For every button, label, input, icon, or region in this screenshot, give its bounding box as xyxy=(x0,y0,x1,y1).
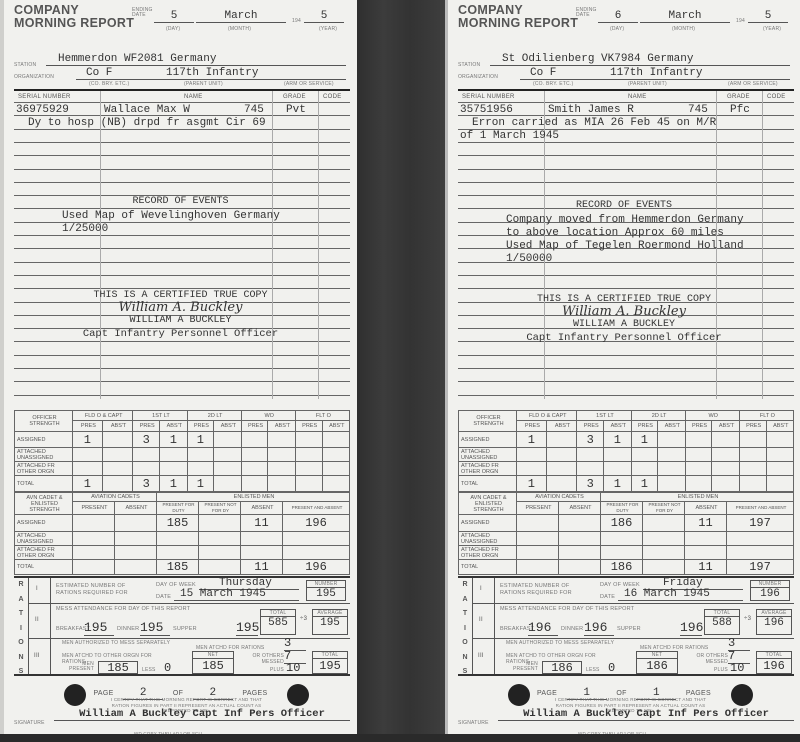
net-value: 185 xyxy=(193,659,233,673)
rule-line xyxy=(458,368,794,369)
rule-line xyxy=(458,169,794,170)
rations-letter: A xyxy=(460,593,470,608)
officer-cell xyxy=(631,462,658,476)
officer-cell xyxy=(73,462,103,476)
enlisted-cell xyxy=(283,546,350,560)
entry-grade: Pfc xyxy=(730,104,750,116)
rule-line xyxy=(458,288,794,289)
rule-line xyxy=(14,142,350,143)
scan-bottom-edge xyxy=(0,734,800,742)
col-present-not-for-duty: PRESENT NOT FOR DY xyxy=(199,502,241,515)
col-avn-present: PRESENT xyxy=(517,502,559,515)
enlisted-cell: 11 xyxy=(685,560,727,575)
col-1st-lt: 1ST LT xyxy=(577,411,631,421)
rule-line xyxy=(14,355,350,356)
rations-part-iii: III xyxy=(34,653,40,659)
row-label: TOTAL xyxy=(15,476,73,492)
less-label: LESS xyxy=(142,667,156,673)
day-caption: (DAY) xyxy=(166,26,180,32)
officer-cell xyxy=(712,462,739,476)
officer-strength-table: OFFICER STRENGTH FLD O & CAPT 1ST LT 2D … xyxy=(458,410,794,492)
officer-cell xyxy=(322,448,349,462)
officer-cell xyxy=(517,448,547,462)
rations-section: RATIONS I II III ESTIMATED NUMBER OF RAT… xyxy=(14,576,350,676)
officer-cell xyxy=(295,432,322,448)
men-present-label: MEN PRESENT xyxy=(64,662,94,672)
grand-total-box: TOTAL 196 xyxy=(756,651,792,674)
officer-cell: 1 xyxy=(160,432,187,448)
col-avn-absent: ABSENT xyxy=(559,502,601,515)
name-header: NAME xyxy=(184,94,203,100)
abst-header: ABS'T xyxy=(766,421,793,432)
ending-month: March xyxy=(196,10,286,23)
grade-header: GRADE xyxy=(283,94,306,100)
entry-name: Wallace Max W xyxy=(104,104,190,116)
less-label: LESS xyxy=(586,667,600,673)
officer-cell xyxy=(577,462,604,476)
supper-label: SUPPER xyxy=(617,626,641,632)
of-label: OF xyxy=(173,690,183,697)
rations-vertical-label: RATIONS xyxy=(460,578,470,680)
mess-attendance-label: MESS ATTENDANCE FOR DAY OF THIS REPORT xyxy=(500,606,634,612)
col-1st-lt: 1ST LT xyxy=(133,411,187,421)
ending-day: 5 xyxy=(154,10,194,23)
mess-total-label: TOTAL xyxy=(705,610,739,617)
officer-cell xyxy=(322,462,349,476)
remark-line: of 1 March 1945 xyxy=(460,130,559,142)
col-present-and-absent: PRESENT AND ABSENT xyxy=(727,502,794,515)
officer-strength-header: OFFICER STRENGTH xyxy=(459,411,517,432)
officer-cell xyxy=(133,448,160,462)
officer-row-attached-unassigned: ATTACHED UNASSIGNED xyxy=(459,448,794,462)
aviation-cadets-header: AVIATION CADETS xyxy=(517,493,601,502)
officer-cell xyxy=(268,448,295,462)
men-present-value: 186 xyxy=(542,661,582,674)
column-divider xyxy=(272,91,273,399)
officer-cell: 1 xyxy=(604,476,631,492)
morning-report-right: COMPANY MORNING REPORT ENDING DATE 6 Mar… xyxy=(445,0,800,734)
plus-value: 10 xyxy=(286,661,300,675)
enlisted-cell xyxy=(115,515,157,532)
ending-day: 6 xyxy=(598,10,638,23)
supper-value: 196 xyxy=(680,620,702,636)
enlisted-cell: 11 xyxy=(685,515,727,532)
rations-letter: I xyxy=(16,622,26,637)
event-line: Used Map of Tegelen Roermond Holland xyxy=(506,240,744,252)
col-avn-absent: ABSENT xyxy=(115,502,157,515)
org-caption-3: (ARM OR SERVICE) xyxy=(728,81,778,87)
enlisted-cell: 185 xyxy=(157,560,199,575)
enlisted-row-assigned: ASSIGNED18611197 xyxy=(459,515,794,532)
col-2d-lt: 2D LT xyxy=(631,411,685,421)
row-label: ATTACHED UNASSIGNED xyxy=(459,532,517,546)
average-value: 196 xyxy=(757,617,791,629)
divide-by-3: ÷3 xyxy=(744,616,751,622)
men-present-label: MEN PRESENT xyxy=(508,662,538,672)
col-present-for-duty: PRESENT FOR DUTY xyxy=(157,502,199,515)
rations-letter: S xyxy=(16,665,26,680)
pres-header: PRES xyxy=(685,421,712,432)
rule-line xyxy=(14,248,350,249)
punch-hole xyxy=(287,684,309,706)
officer-cell xyxy=(322,476,349,492)
enlisted-cell xyxy=(643,560,685,575)
enlisted-cell xyxy=(283,532,350,546)
officer-cell xyxy=(295,476,322,492)
mess-total-value: 588 xyxy=(705,617,739,629)
entry-serial: 36975929 xyxy=(16,104,69,116)
row-label: ATTACHED UNASSIGNED xyxy=(15,532,73,546)
row-label: TOTAL xyxy=(459,560,517,575)
enlisted-cell xyxy=(157,532,199,546)
pages-label: PAGES xyxy=(242,690,267,697)
officer-cell: 1 xyxy=(73,476,103,492)
event-line: 1/25000 xyxy=(62,223,108,235)
enlisted-cell: 11 xyxy=(241,560,283,575)
officer-cell: 3 xyxy=(133,432,160,448)
net-label: NET xyxy=(193,652,233,659)
pres-header: PRES xyxy=(577,421,604,432)
pres-header: PRES xyxy=(241,421,268,432)
supper-label: SUPPER xyxy=(173,626,197,632)
rule-line xyxy=(458,102,794,103)
punch-hole xyxy=(731,684,753,706)
officer-cell xyxy=(241,462,268,476)
officer-cell xyxy=(322,432,349,448)
entry-mos: 745 xyxy=(688,104,708,116)
officer-cell xyxy=(685,448,712,462)
avn-strength-header: AVN CADET & ENLISTED STRENGTH xyxy=(459,493,517,515)
year-caption: (YEAR) xyxy=(763,26,781,32)
company-value: Co F xyxy=(76,67,166,79)
col-present-and-absent: PRESENT AND ABSENT xyxy=(283,502,350,515)
col-wo: WO xyxy=(685,411,739,421)
row-label: ASSIGNED xyxy=(459,432,517,448)
parent-unit-value: 117th Infantry xyxy=(610,67,702,79)
dinner-label: DINNER xyxy=(117,626,139,632)
enlisted-row-attached-unassigned: ATTACHED UNASSIGNED xyxy=(15,532,350,546)
officer-cell xyxy=(241,432,268,448)
ending-month: March xyxy=(640,10,730,23)
row-label: ATTACHED FR OTHER ORGN xyxy=(15,546,73,560)
pres-header: PRES xyxy=(631,421,658,432)
rations-part-iii: III xyxy=(478,653,484,659)
of-label: OF xyxy=(616,690,626,697)
enlisted-cell xyxy=(601,532,643,546)
pres-header: PRES xyxy=(517,421,547,432)
divide-by-3: ÷3 xyxy=(300,616,307,622)
average-box: AVERAGE 196 xyxy=(756,609,792,635)
number-box: NUMBER 196 xyxy=(750,580,790,601)
breakfast-value: 196 xyxy=(528,620,558,636)
men-auth-label: MEN AUTHORIZED TO MESS SEPARATELY xyxy=(62,640,172,646)
dinner-value: 195 xyxy=(140,620,170,636)
org-caption-2: (PARENT UNIT) xyxy=(184,81,223,87)
others-messed-label: OR OTHERS MESSED xyxy=(240,653,284,665)
rations-part-ii: II xyxy=(479,617,483,623)
rule-line xyxy=(14,169,350,170)
row-label: TOTAL xyxy=(459,476,517,492)
abst-header: ABS'T xyxy=(604,421,631,432)
rations-letter: N xyxy=(460,651,470,666)
enlisted-cell: 11 xyxy=(241,515,283,532)
enlisted-cell xyxy=(601,546,643,560)
enlisted-cell xyxy=(73,532,115,546)
net-value: 186 xyxy=(637,659,677,673)
average-label: AVERAGE xyxy=(757,610,791,617)
year-caption: (YEAR) xyxy=(319,26,337,32)
name-header: NAME xyxy=(628,94,647,100)
enlisted-row-total: TOTAL18611197 xyxy=(459,560,794,575)
day-caption: (DAY) xyxy=(610,26,624,32)
officer-cell xyxy=(739,462,766,476)
avn-strength-header: AVN CADET & ENLISTED STRENGTH xyxy=(15,493,73,515)
enlisted-cell xyxy=(643,532,685,546)
officer-cell: 3 xyxy=(577,432,604,448)
plus-label: PLUS xyxy=(270,667,284,673)
average-label: AVERAGE xyxy=(313,610,347,617)
signature-value: William A Buckley Capt Inf Pers Officer xyxy=(54,708,350,721)
enlisted-cell xyxy=(199,515,241,532)
dinner-value: 196 xyxy=(584,620,614,636)
number-value: 195 xyxy=(307,588,345,600)
officer-cell: 1 xyxy=(517,432,547,448)
officer-cell xyxy=(739,448,766,462)
enlisted-men-header: ENLISTED MEN xyxy=(157,493,350,502)
signature-label: SIGNATURE xyxy=(14,720,45,726)
col-present-for-duty: PRESENT FOR DUTY xyxy=(601,502,643,515)
net-label: NET xyxy=(637,652,677,659)
enlisted-cell: 196 xyxy=(283,515,350,532)
rule-line xyxy=(14,102,350,103)
binding-strip xyxy=(357,0,445,742)
officer-cell xyxy=(214,476,241,492)
row-label: TOTAL xyxy=(15,560,73,575)
officer-cell xyxy=(214,432,241,448)
certifier-signature: William A. Buckley xyxy=(448,304,800,319)
mess-attendance-label: MESS ATTENDANCE FOR DAY OF THIS REPORT xyxy=(56,606,190,612)
supper-value: 195 xyxy=(236,620,258,636)
rule-line xyxy=(14,341,350,342)
officer-cell xyxy=(766,462,793,476)
station-value: Hemmerdon WF2081 Germany xyxy=(46,53,346,66)
column-divider xyxy=(318,91,319,399)
enlisted-row-attached-other: ATTACHED FR OTHER ORGN xyxy=(459,546,794,560)
grand-total-value: 196 xyxy=(757,659,791,673)
month-caption: (MONTH) xyxy=(228,26,251,32)
date-label: DATE xyxy=(600,594,615,600)
officer-cell xyxy=(685,432,712,448)
officer-cell xyxy=(766,432,793,448)
enlisted-row-assigned: ASSIGNED18511196 xyxy=(15,515,350,532)
enlisted-cell xyxy=(643,546,685,560)
rule-line xyxy=(14,182,350,183)
officer-cell xyxy=(187,462,214,476)
enlisted-cell xyxy=(559,560,601,575)
officer-cell: 1 xyxy=(631,476,658,492)
enlisted-cell xyxy=(517,515,559,532)
grand-total-label: TOTAL xyxy=(313,652,347,659)
signature-value: William A Buckley Capt Inf Pers Officer xyxy=(498,708,794,721)
col-em-absent: ABSENT xyxy=(241,502,283,515)
officer-cell: 3 xyxy=(577,476,604,492)
enlisted-cell xyxy=(199,546,241,560)
enlisted-cell xyxy=(115,546,157,560)
officer-cell xyxy=(214,448,241,462)
row-label: ASSIGNED xyxy=(459,515,517,532)
morning-report-left: COMPANY MORNING REPORT ENDING DATE 5 Mar… xyxy=(0,0,357,734)
enlisted-cell xyxy=(643,515,685,532)
enlisted-cell: 196 xyxy=(283,560,350,575)
record-of-events-title: RECORD OF EVENTS xyxy=(4,196,357,207)
officer-row-attached-unassigned: ATTACHED UNASSIGNED xyxy=(15,448,350,462)
rule-line xyxy=(458,195,794,196)
rule xyxy=(458,89,794,91)
number-label: NUMBER xyxy=(307,581,345,588)
entry-serial: 35751956 xyxy=(460,104,513,116)
net-box: NET 185 xyxy=(192,651,234,674)
average-box: AVERAGE 195 xyxy=(312,609,348,635)
grand-total-label: TOTAL xyxy=(757,652,791,659)
plus-value: 10 xyxy=(730,661,744,675)
col-flt-o: FLT O xyxy=(295,411,349,421)
average-value: 195 xyxy=(313,617,347,629)
record-of-events-title: RECORD OF EVENTS xyxy=(448,200,800,211)
certifier-name: WILLIAM A BUCKLEY xyxy=(4,315,357,326)
officer-cell xyxy=(546,476,577,492)
rule-line xyxy=(14,129,350,130)
abst-header: ABS'T xyxy=(712,421,739,432)
rule-line xyxy=(14,395,350,396)
company-value: Co F xyxy=(520,67,610,79)
remark-line: Dy to hosp (NB) drpd fr asgmt Cir 69 xyxy=(28,117,266,129)
col-flt-o: FLT O xyxy=(739,411,793,421)
enlisted-cell xyxy=(517,532,559,546)
est-rations-label: ESTIMATED NUMBER OF RATIONS REQUIRED FOR xyxy=(500,583,590,597)
officer-cell xyxy=(187,448,214,462)
enlisted-cell xyxy=(199,560,241,575)
rule-line xyxy=(458,275,794,276)
enlisted-cell: 197 xyxy=(727,560,794,575)
officer-row-assigned: ASSIGNED1311 xyxy=(459,432,794,448)
punch-hole xyxy=(508,684,530,706)
rations-vertical-label: RATIONS xyxy=(16,578,26,680)
row-label: ASSIGNED xyxy=(15,432,73,448)
rule-line xyxy=(14,262,350,263)
ending-year: 5 xyxy=(304,10,344,23)
ending-date-label: ENDING DATE xyxy=(132,8,150,18)
rations-letter: R xyxy=(16,578,26,593)
enlisted-cell xyxy=(73,546,115,560)
officer-strength-header: OFFICER STRENGTH xyxy=(15,411,73,432)
officer-cell xyxy=(712,476,739,492)
rations-letter: S xyxy=(460,665,470,680)
row-label: ATTACHED FR OTHER ORGN xyxy=(459,546,517,560)
officer-cell xyxy=(631,448,658,462)
pres-header: PRES xyxy=(133,421,160,432)
less-value: 0 xyxy=(164,661,171,675)
enlisted-cell xyxy=(115,560,157,575)
enlisted-cell xyxy=(727,546,794,560)
rule-line xyxy=(458,395,794,396)
rule-line xyxy=(458,142,794,143)
col-wo: WO xyxy=(241,411,295,421)
date-label: DATE xyxy=(156,594,171,600)
enlisted-cell xyxy=(559,532,601,546)
serial-header: SERIAL NUMBER xyxy=(462,94,515,100)
event-line: Company moved from Hemmerdon Germany xyxy=(506,214,744,226)
rule-line xyxy=(14,208,350,209)
rule-line xyxy=(14,381,350,382)
officer-cell xyxy=(712,448,739,462)
enlisted-cell xyxy=(559,546,601,560)
ending-year: 5 xyxy=(748,10,788,23)
officer-cell xyxy=(658,476,685,492)
officer-cell xyxy=(739,476,766,492)
officer-cell xyxy=(685,476,712,492)
officer-cell xyxy=(658,462,685,476)
net-box: NET 186 xyxy=(636,651,678,674)
certifier-title: Capt Infantry Personnel Officer xyxy=(448,332,800,344)
officer-cell: 1 xyxy=(187,432,214,448)
event-line: to above location Approx 60 miles xyxy=(506,227,724,239)
officer-cell xyxy=(102,432,133,448)
mess-total-label: TOTAL xyxy=(261,610,295,617)
date-value: 16 March 1945 xyxy=(618,588,743,601)
rations-letter: T xyxy=(16,607,26,622)
entry-grade: Pvt xyxy=(286,104,306,116)
officer-cell: 1 xyxy=(517,476,547,492)
officer-row-total: TOTAL1311 xyxy=(459,476,794,492)
enlisted-cell xyxy=(559,515,601,532)
officer-row-assigned: ASSIGNED1311 xyxy=(15,432,350,448)
entry-name: Smith James R xyxy=(548,104,634,116)
number-value: 196 xyxy=(751,588,789,600)
officer-cell xyxy=(766,448,793,462)
rations-letter: O xyxy=(460,636,470,651)
officer-cell xyxy=(268,432,295,448)
enlisted-row-attached-other: ATTACHED FR OTHER ORGN xyxy=(15,546,350,560)
enlisted-cell xyxy=(199,532,241,546)
officer-cell xyxy=(133,462,160,476)
officer-cell xyxy=(766,476,793,492)
page-label: PAGE xyxy=(93,690,113,697)
date-value: 15 March 1945 xyxy=(174,588,299,601)
officer-cell: 1 xyxy=(631,432,658,448)
col-2d-lt: 2D LT xyxy=(187,411,241,421)
breakfast-value: 195 xyxy=(84,620,114,636)
rule-line xyxy=(14,275,350,276)
rations-part-i: I xyxy=(36,586,38,592)
abst-header: ABS'T xyxy=(322,421,349,432)
row-label: ATTACHED UNASSIGNED xyxy=(15,448,73,462)
mess-total-value: 585 xyxy=(261,617,295,629)
enlisted-cell xyxy=(241,532,283,546)
officer-cell: 1 xyxy=(73,432,103,448)
enlisted-row-total: TOTAL18511196 xyxy=(15,560,350,575)
enlisted-strength-table: AVN CADET & ENLISTED STRENGTH AVIATION C… xyxy=(458,492,794,575)
officer-cell xyxy=(658,432,685,448)
event-line: Used Map of Wevelinghoven Germany xyxy=(62,210,280,222)
certifier-signature: William A. Buckley xyxy=(4,300,357,315)
code-header: CODE xyxy=(323,94,342,100)
officer-row-total: TOTAL1311 xyxy=(15,476,350,492)
officer-cell: 1 xyxy=(160,476,187,492)
rations-part-i: I xyxy=(480,586,482,592)
col-fld-capt: FLD O & CAPT xyxy=(517,411,577,421)
org-caption-3: (ARM OR SERVICE) xyxy=(284,81,334,87)
enlisted-cell xyxy=(517,560,559,575)
